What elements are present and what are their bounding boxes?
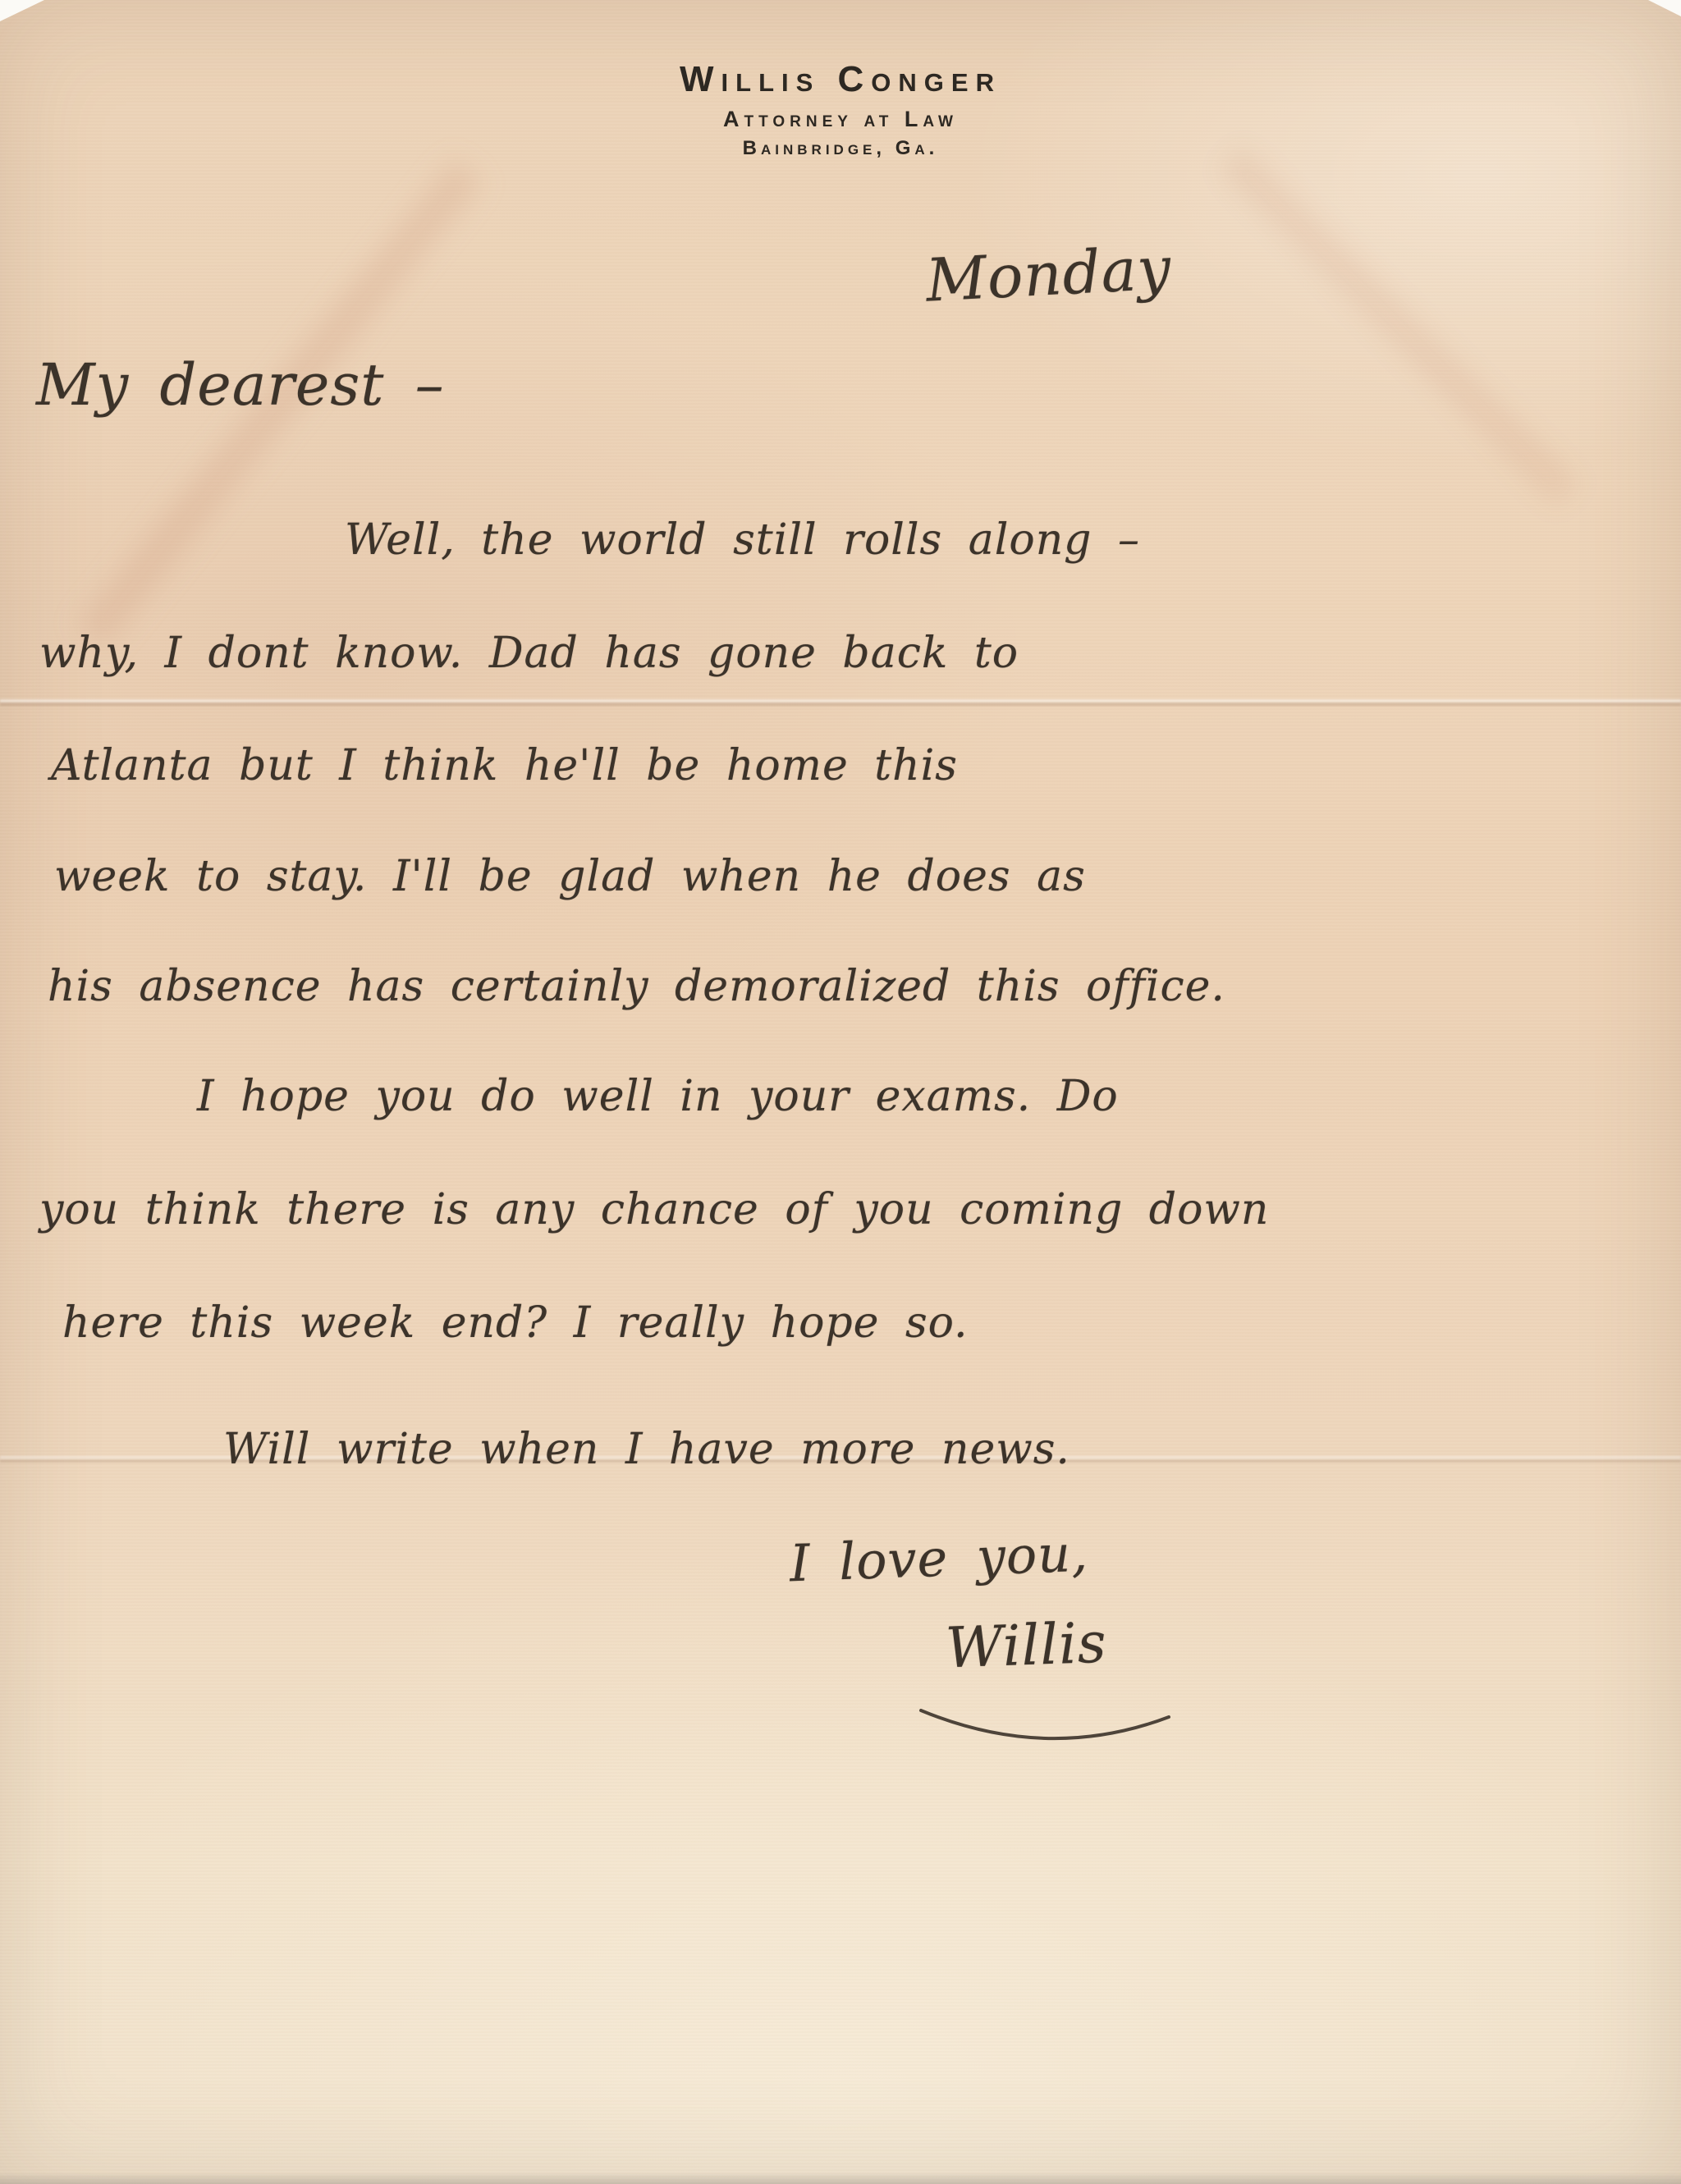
- letterhead-location: Bainbridge, Ga.: [0, 135, 1681, 161]
- letter-salutation: My dearest –: [36, 351, 445, 419]
- scan-corner-top-right: [1648, 0, 1681, 16]
- letter-signature: Willis: [945, 1611, 1108, 1682]
- letter-line: his absence has certainly demoralized th…: [48, 962, 1225, 1011]
- letter-line: you think there is any chance of you com…: [39, 1185, 1269, 1234]
- letter-closing: I love you,: [789, 1523, 1089, 1594]
- letter-line: Atlanta but I think he'll be home this: [51, 741, 958, 790]
- letterhead: Willis Conger Attorney at Law Bainbridge…: [0, 59, 1681, 161]
- signature-underline-flourish: [916, 1696, 1179, 1770]
- letter-line: Well, the world still rolls along –: [345, 515, 1140, 565]
- letter-line: week to stay. I'll be glad when he does …: [54, 852, 1086, 901]
- scan-edge-bottom: [0, 2173, 1681, 2184]
- letter-date: Monday: [924, 233, 1173, 315]
- letter-line: Will write when I have more news.: [223, 1425, 1070, 1474]
- letter-page: Willis Conger Attorney at Law Bainbridge…: [0, 0, 1681, 2184]
- letter-line: I hope you do well in your exams. Do: [197, 1072, 1119, 1121]
- diagonal-smudge-right: [1216, 144, 1582, 509]
- letter-line: here this week end? I really hope so.: [62, 1298, 969, 1348]
- scan-corner-top-left: [0, 0, 44, 21]
- letter-line: why, I dont know. Dad has gone back to: [39, 629, 1019, 678]
- letterhead-name: Willis Conger: [0, 59, 1681, 101]
- letterhead-title: Attorney at Law: [0, 104, 1681, 134]
- fold-crease-upper: [0, 699, 1681, 706]
